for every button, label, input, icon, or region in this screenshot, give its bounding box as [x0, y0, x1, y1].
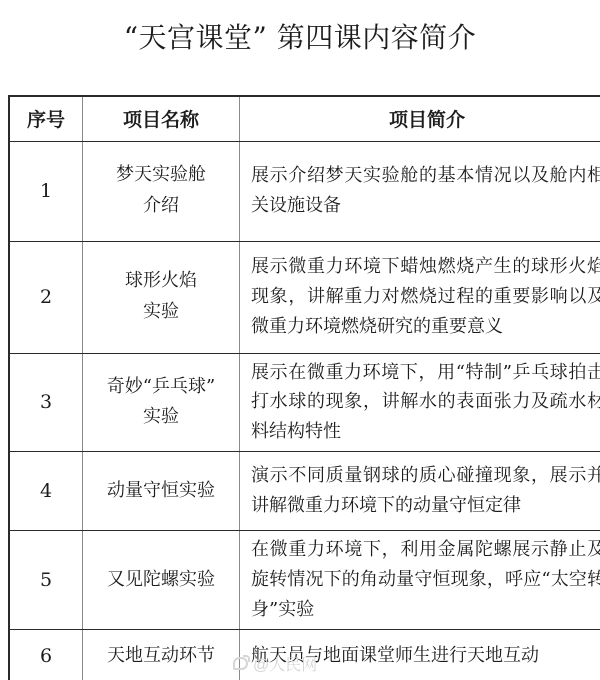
project-desc: 展示介绍梦天实验舱的基本情况以及舱内相关设施设备 [240, 141, 600, 241]
page-title: “天宫课堂” 第四课内容简介 [0, 16, 600, 56]
table-row: 1 梦天实验舱 介绍 展示介绍梦天实验舱的基本情况以及舱内相关设施设备 [9, 141, 600, 241]
project-name: 奇妙“乒乓球” 实验 [83, 353, 240, 452]
header-cell-project-desc: 项目简介 [240, 96, 600, 141]
header-cell-project-name: 项目名称 [83, 96, 240, 141]
project-name: 梦天实验舱 介绍 [83, 141, 240, 241]
table-header-row: 序号 项目名称 项目简介 [9, 96, 600, 141]
project-desc: 展示在微重力环境下，用“特制”乒乓球拍击打水球的现象，讲解水的表面张力及疏水材料… [240, 353, 600, 452]
table-row: 3 奇妙“乒乓球” 实验 展示在微重力环境下，用“特制”乒乓球拍击打水球的现象，… [9, 353, 600, 452]
table-row: 5 又见陀螺实验 在微重力环境下，利用金属陀螺展示静止及旋转情况下的角动量守恒现… [9, 531, 600, 630]
row-number: 2 [9, 241, 83, 353]
row-number: 6 [9, 629, 83, 680]
row-number: 3 [9, 353, 83, 452]
project-name: 球形火焰 实验 [83, 241, 240, 353]
project-desc: 展示微重力环境下蜡烛燃烧产生的球形火焰现象，讲解重力对燃烧过程的重要影响以及微重… [240, 241, 600, 353]
row-number: 4 [9, 452, 83, 531]
project-name: 天地互动环节 [83, 629, 240, 680]
watermark-text: @人民网 [253, 652, 317, 675]
project-desc: 在微重力环境下，利用金属陀螺展示静止及旋转情况下的角动量守恒现象，呼应“太空转身… [240, 531, 600, 630]
peoples-daily-logo-icon [233, 657, 248, 670]
project-desc: 演示不同质量钢球的质心碰撞现象，展示并讲解微重力环境下的动量守恒定律 [240, 452, 600, 531]
project-name: 动量守恒实验 [83, 452, 240, 531]
content-table: 序号 项目名称 项目简介 1 梦天实验舱 介绍 展示介绍梦天实验舱的基本情况以及… [8, 95, 600, 680]
row-number: 5 [9, 531, 83, 630]
watermark: @人民网 [233, 652, 317, 675]
project-name: 又见陀螺实验 [83, 531, 240, 630]
row-number: 1 [9, 141, 83, 241]
table-row: 2 球形火焰 实验 展示微重力环境下蜡烛燃烧产生的球形火焰现象，讲解重力对燃烧过… [9, 241, 600, 353]
header-cell-number: 序号 [9, 96, 83, 141]
table-row: 4 动量守恒实验 演示不同质量钢球的质心碰撞现象，展示并讲解微重力环境下的动量守… [9, 452, 600, 531]
